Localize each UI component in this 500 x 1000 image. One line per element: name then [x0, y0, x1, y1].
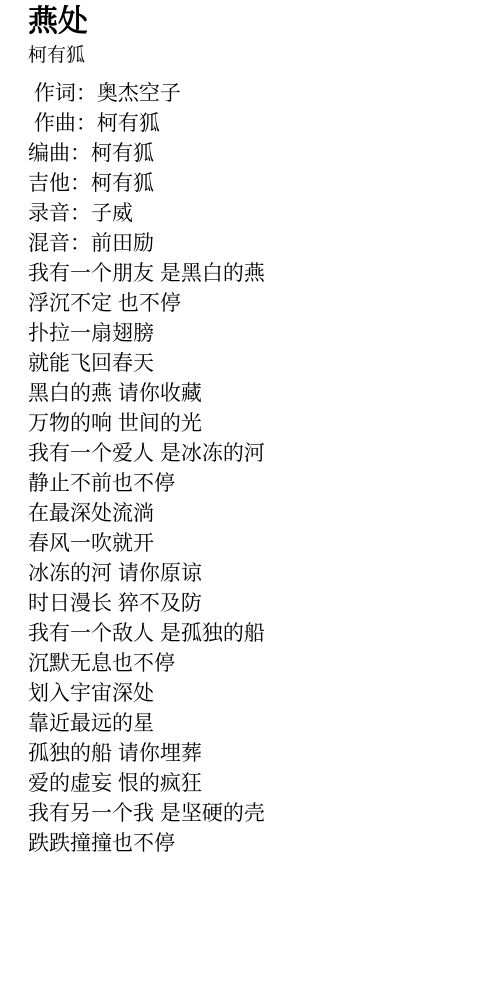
lyric-line: 作词：奥杰空子: [28, 79, 480, 109]
lyric-line: 春风一吹就开: [28, 529, 480, 559]
lyric-line: 就能飞回春天: [28, 349, 480, 379]
lyric-line: 在最深处流淌: [28, 499, 480, 529]
lyric-line: 静止不前也不停: [28, 469, 480, 499]
lyric-line: 爱的虚妄 恨的疯狂: [28, 769, 480, 799]
lyric-line: 作曲：柯有狐: [28, 109, 480, 139]
lyric-line: 我有一个朋友 是黑白的燕: [28, 259, 480, 289]
lyric-line: 跌跌撞撞也不停: [28, 829, 480, 859]
lyric-line: 划入宇宙深处: [28, 679, 480, 709]
lyrics-block: 作词：奥杰空子 作曲：柯有狐编曲：柯有狐吉他：柯有狐录音：子威混音：前田励我有一…: [28, 79, 480, 859]
lyric-line: 浮沉不定 也不停: [28, 289, 480, 319]
lyric-line: 编曲：柯有狐: [28, 139, 480, 169]
lyric-line: 吉他：柯有狐: [28, 169, 480, 199]
lyric-line: 靠近最远的星: [28, 709, 480, 739]
lyric-line: 沉默无息也不停: [28, 649, 480, 679]
lyric-line: 我有一个敌人 是孤独的船: [28, 619, 480, 649]
lyric-line: 我有另一个我 是坚硬的壳: [28, 799, 480, 829]
artist-name: 柯有狐: [28, 45, 480, 67]
lyric-line: 混音：前田励: [28, 229, 480, 259]
lyrics-page: 燕处 柯有狐 作词：奥杰空子 作曲：柯有狐编曲：柯有狐吉他：柯有狐录音：子威混音…: [0, 0, 500, 1000]
lyric-line: 扑拉一扇翅膀: [28, 319, 480, 349]
lyric-line: 我有一个爱人 是冰冻的河: [28, 439, 480, 469]
lyric-line: 冰冻的河 请你原谅: [28, 559, 480, 589]
lyric-line: 时日漫长 猝不及防: [28, 589, 480, 619]
lyric-line: 孤独的船 请你埋葬: [28, 739, 480, 769]
song-title: 燕处: [28, 5, 480, 39]
lyric-line: 录音：子威: [28, 199, 480, 229]
lyric-line: 万物的响 世间的光: [28, 409, 480, 439]
lyric-line: 黑白的燕 请你收藏: [28, 379, 480, 409]
